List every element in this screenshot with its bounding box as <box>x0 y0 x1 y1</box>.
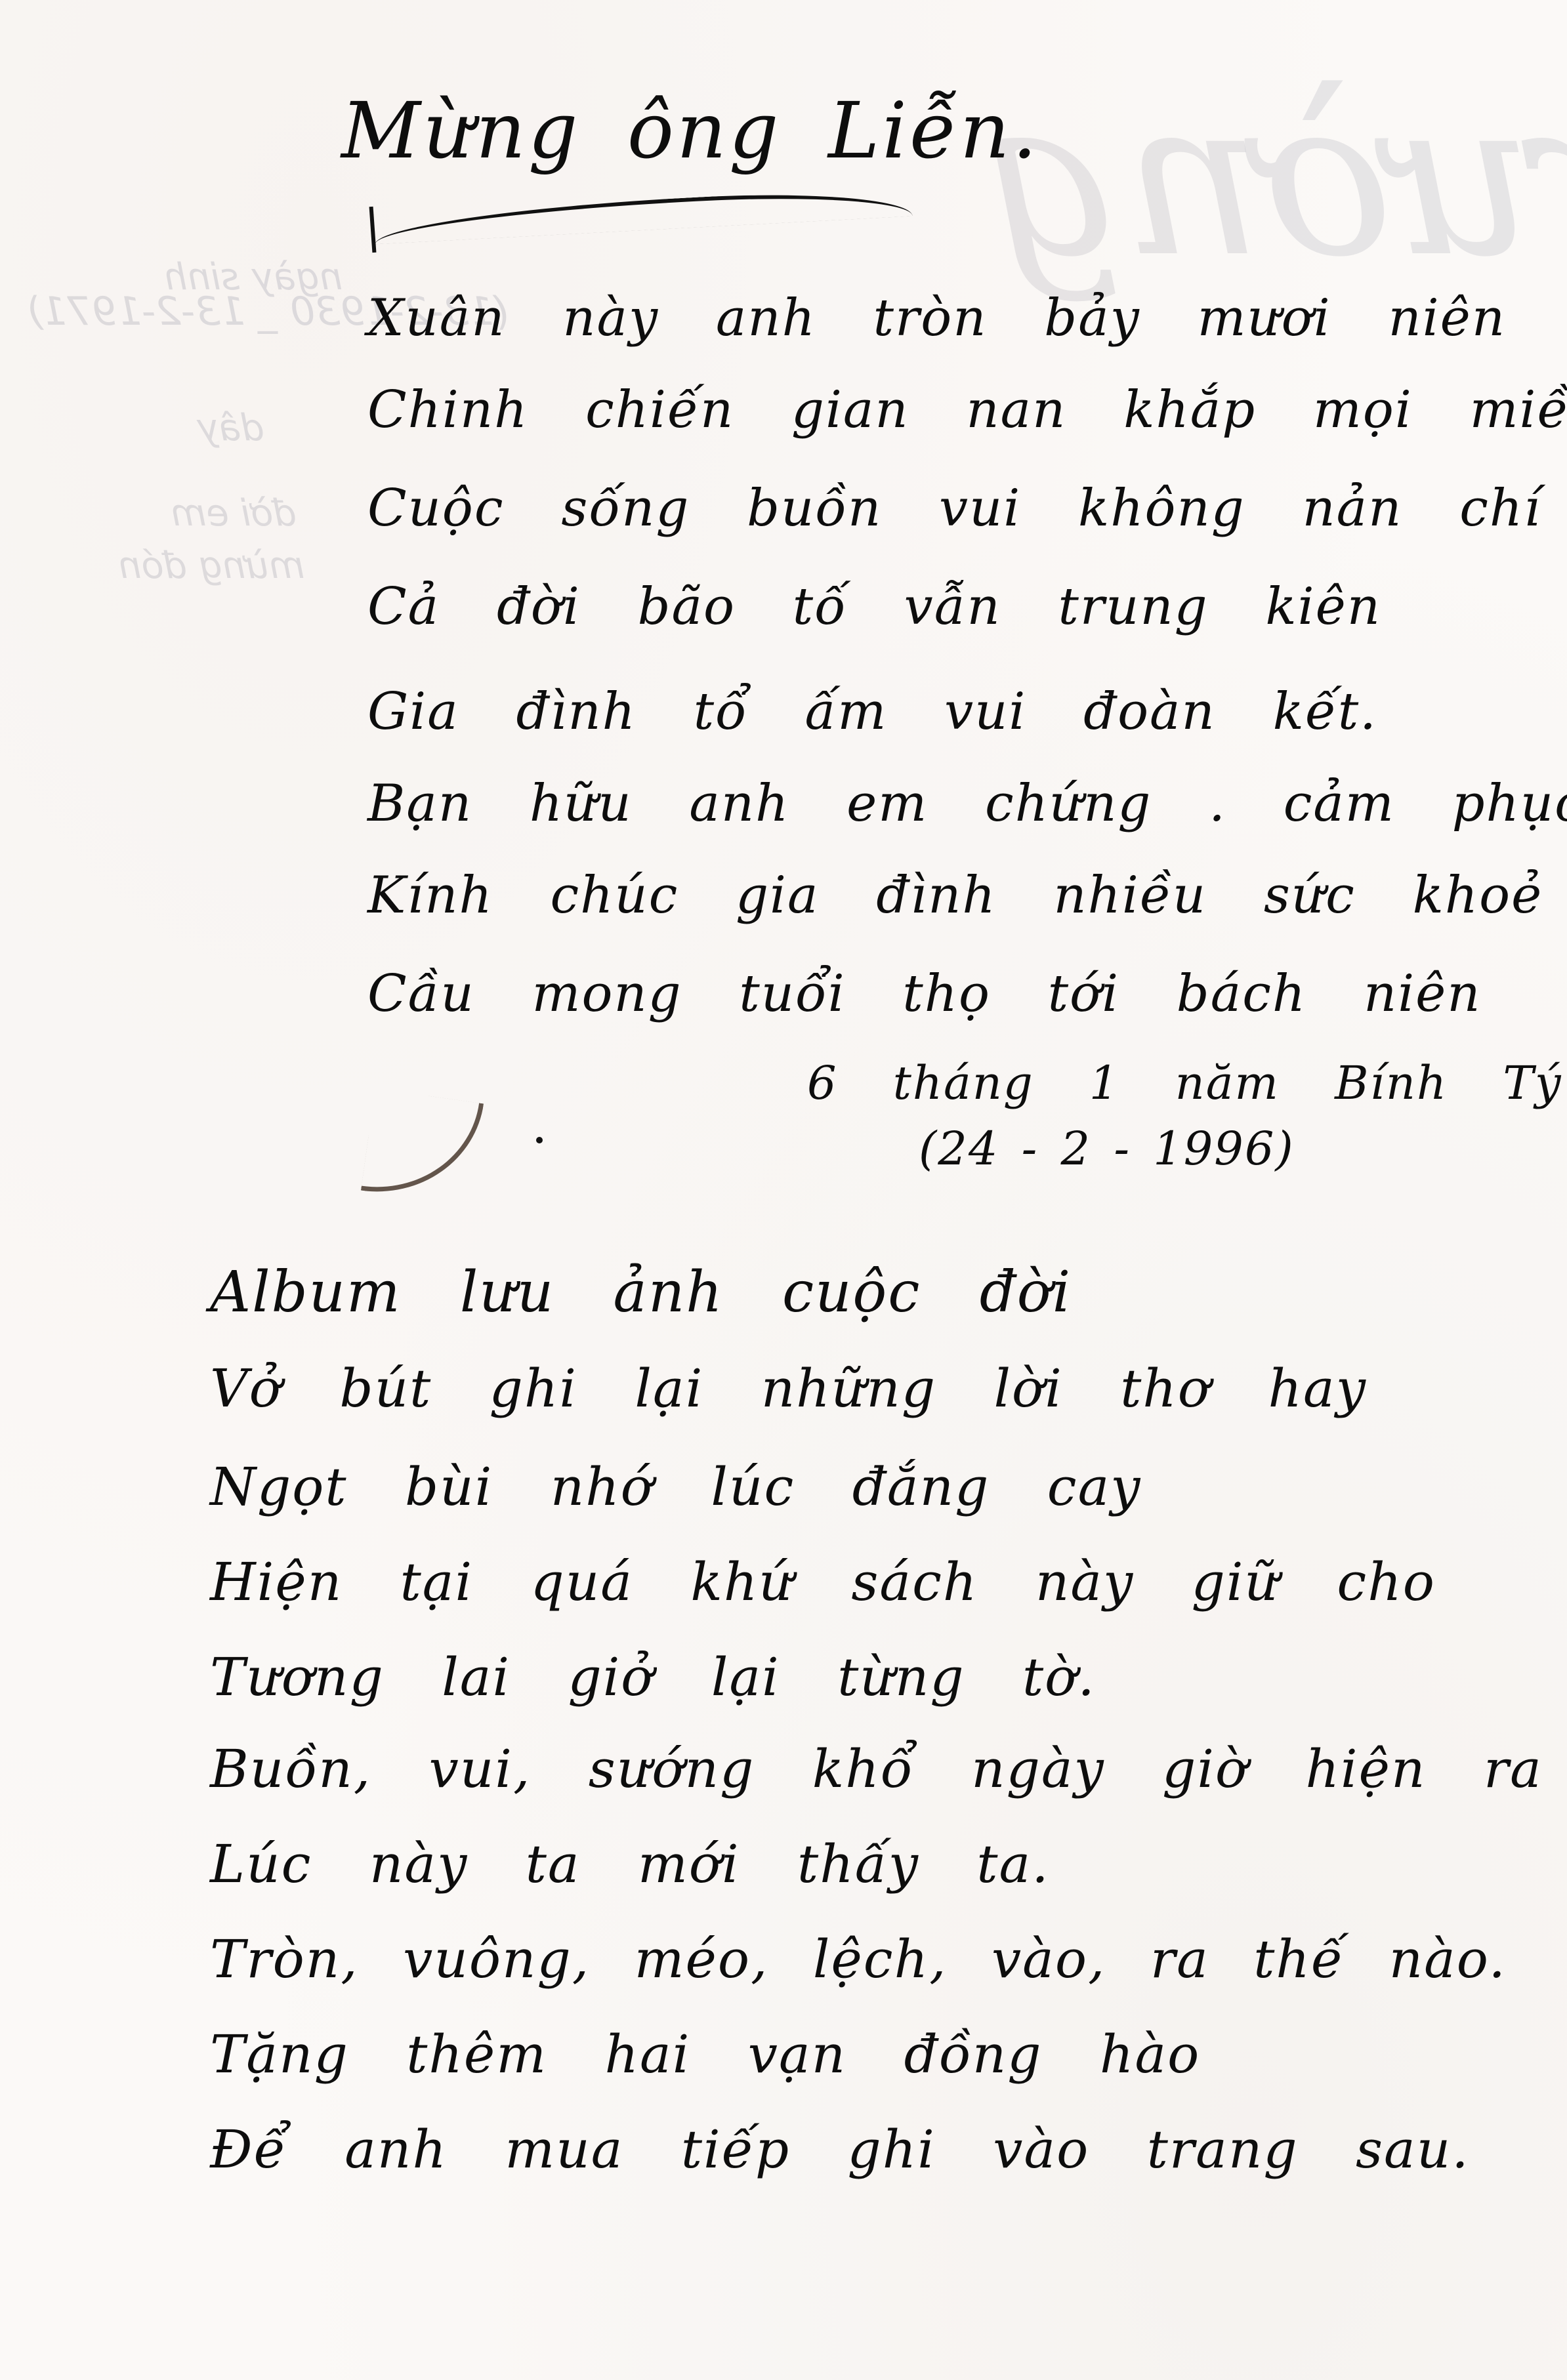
bleed-through-fragment: ngày sinh <box>164 256 343 298</box>
poem-line: Tặng thêm hai vạn đồng hào <box>210 2024 1200 2085</box>
poem-line: Tròn, vuông, méo, lệch, vào, ra thế nào. <box>210 1929 1507 1990</box>
title-underline <box>373 186 912 245</box>
poem-line: Buồn, vui, sướng khổ ngày giờ hiện ra <box>210 1738 1543 1799</box>
poem-line: Lúc này ta mới thấy ta. <box>210 1834 1050 1895</box>
poem-title: Mừng ông Liễn. <box>341 85 1039 176</box>
bleed-through-large-text: Trường <box>984 52 1567 304</box>
bleed-through-fragment: đời em <box>171 492 297 535</box>
poem-line: Xuân này anh tròn bảy mươi niên <box>367 289 1506 348</box>
poem-line: Kính chúc gia đình nhiều sức khoẻ <box>367 866 1543 925</box>
bleed-through-fragment: mừng đón <box>118 544 304 587</box>
stray-pen-stroke <box>361 1088 484 1206</box>
lunar-date: 6 tháng 1 năm Bính Tý <box>807 1056 1562 1110</box>
poem-line: Tương lai giở lại từng tờ. <box>210 1647 1096 1708</box>
poem-line: Để anh mua tiếp ghi vào trang sau. <box>210 2119 1470 2180</box>
paper-page: Trường ngày sinh (13-2-1930 _ 13-2-1971)… <box>0 0 1567 2380</box>
poem-line: Hiện tại quá khứ sách này giữ cho <box>210 1551 1436 1612</box>
poem-line: Bạn hữu anh em chứng . cảm phục <box>367 774 1567 833</box>
poem-line: Ngọt bùi nhớ lúc đắng cay <box>210 1456 1141 1517</box>
bleed-through-fragment: dây <box>197 407 264 449</box>
poem-line: Cả đời bão tố vẫn trung kiên <box>367 577 1381 636</box>
poem-line: Vở bút ghi lại những lời thơ hay <box>210 1358 1367 1419</box>
poem-line: Album lưu ảnh cuộc đời <box>210 1260 1072 1325</box>
poem-line: Cuộc sống buồn vui không nản chí <box>367 479 1541 538</box>
poem-line: Chinh chiến gian nan khắp mọi miền <box>367 380 1567 440</box>
solar-date: (24 - 2 - 1996) <box>919 1122 1295 1176</box>
poem-line: Cầu mong tuổi thọ tới bách niên <box>367 964 1482 1023</box>
ink-dot <box>536 1137 543 1143</box>
title-underline-tick <box>369 207 377 253</box>
poem-line: Gia đình tổ ấm vui đoàn kết. <box>367 682 1377 741</box>
